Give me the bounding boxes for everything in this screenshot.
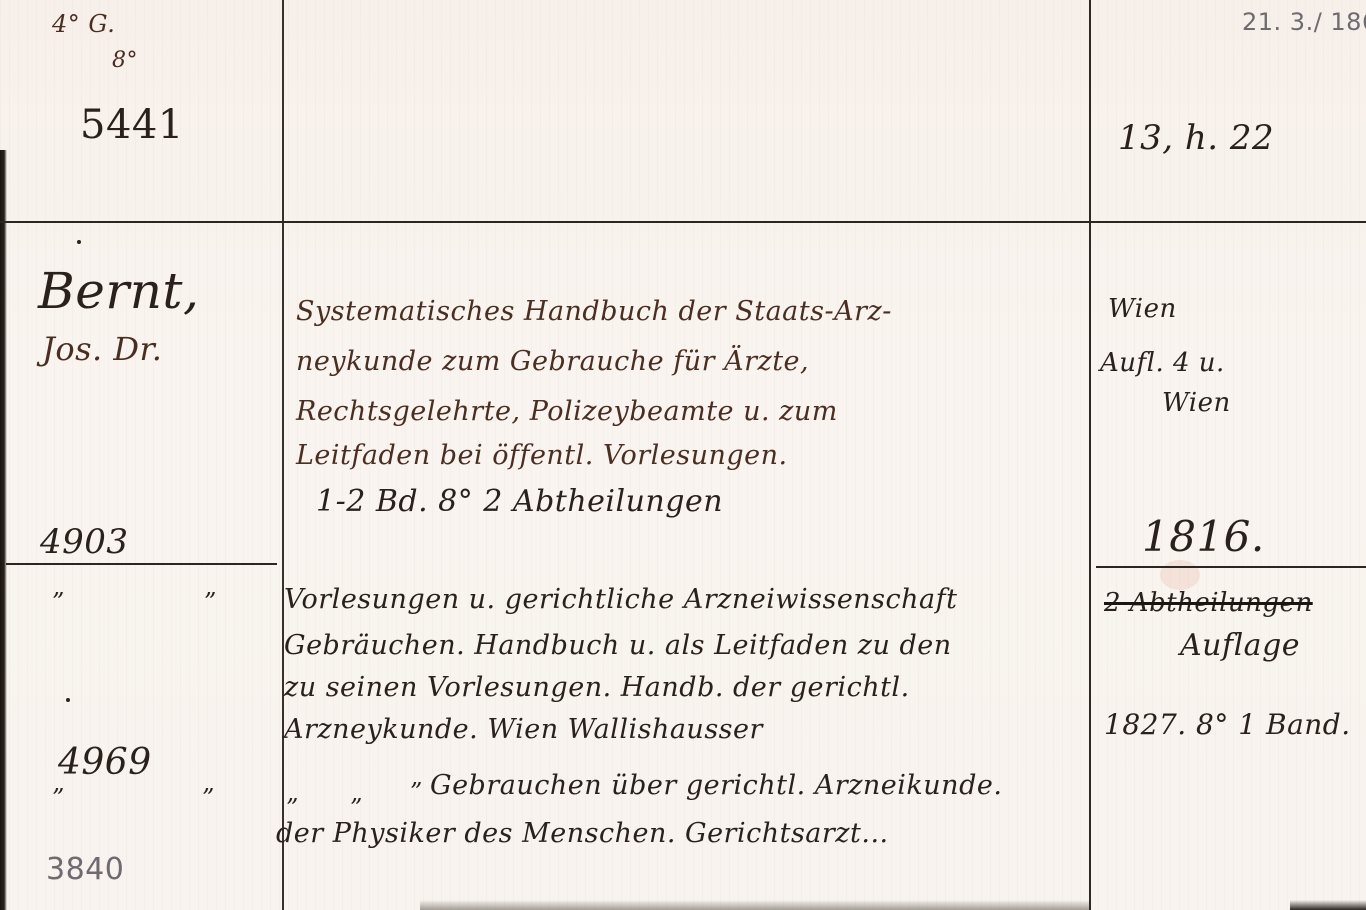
location-code: 13, h. 22 [1118, 118, 1274, 158]
entry2-title-line4: Arzneykunde. Wien Wallishausser [284, 714, 763, 745]
entry1-place-line2: Aufl. 4 u. [1100, 348, 1225, 378]
column-rule-right [1089, 0, 1091, 910]
ink-speck [66, 698, 70, 702]
format-mark-line1: 4° G. [52, 10, 115, 38]
entry1-title-line4: Leitfaden bei öffentl. Vorlesungen. [296, 440, 788, 471]
pencil-number: 3840 [46, 852, 124, 887]
entry2-title-line1: Vorlesungen u. gerichtliche Arzneiwissen… [284, 584, 958, 615]
entry2-call-number: 4969 [58, 742, 152, 783]
bottom-edge-shadow [420, 900, 1090, 910]
entry1-title-line1: Systematisches Handbuch der Staats-Arz- [296, 296, 892, 327]
ditto-mark: ” [410, 778, 423, 806]
entry3-title-line1: Gebrauchen über gerichtl. Arzneikunde. [430, 770, 1002, 801]
left-column-entry-rule [6, 563, 277, 565]
header-row-rule [0, 221, 1366, 223]
entry1-volume-line: 1-2 Bd. 8° 2 Abtheilungen [316, 484, 723, 519]
entry1-title-line2: neykunde zum Gebrauche für Ärzte, [296, 346, 809, 377]
entry2-struck-text: 2 Abtheilungen [1104, 588, 1313, 618]
column-rule-left [282, 0, 284, 910]
format-mark-line2: 8° [112, 48, 138, 73]
entry1-place-line1: Wien [1108, 294, 1177, 324]
entry1-place-line3: Wien [1162, 388, 1231, 418]
entry2-right-word: Auflage [1180, 628, 1300, 663]
shelf-number: 5441 [80, 102, 184, 148]
ditto-mark: ” [52, 784, 65, 812]
entry3-title-line2: der Physiker des Menschen. Gerichtsarzt.… [276, 818, 889, 849]
binding-edge-shadow [0, 150, 7, 910]
author-forename: Jos. Dr. [42, 330, 162, 368]
entry2-title-line3: zu seinen Vorlesungen. Handb. der gerich… [284, 672, 910, 703]
author-surname: Bernt, [38, 262, 199, 320]
ditto-mark: ” [204, 588, 217, 616]
entry2-year-format: 1827. 8° 1 Band. [1104, 708, 1351, 741]
ditto-mark: ” [52, 588, 65, 616]
bottom-corner-shadow [1290, 900, 1366, 910]
ditto-mark: ” [202, 784, 215, 812]
entry1-call-number: 4903 [40, 522, 129, 562]
right-column-entry-rule [1096, 566, 1366, 568]
entry1-title-line3: Rechtsgelehrte, Polizeybeamte u. zum [296, 396, 838, 427]
ink-speck [77, 240, 81, 244]
paper-stain [1160, 560, 1200, 590]
entry2-title-line2: Gebräuchen. Handbuch u. als Leitfaden zu… [284, 630, 952, 661]
entry1-year: 1816. [1142, 512, 1265, 561]
pencil-date: 21. 3./ 186 [1242, 8, 1366, 36]
